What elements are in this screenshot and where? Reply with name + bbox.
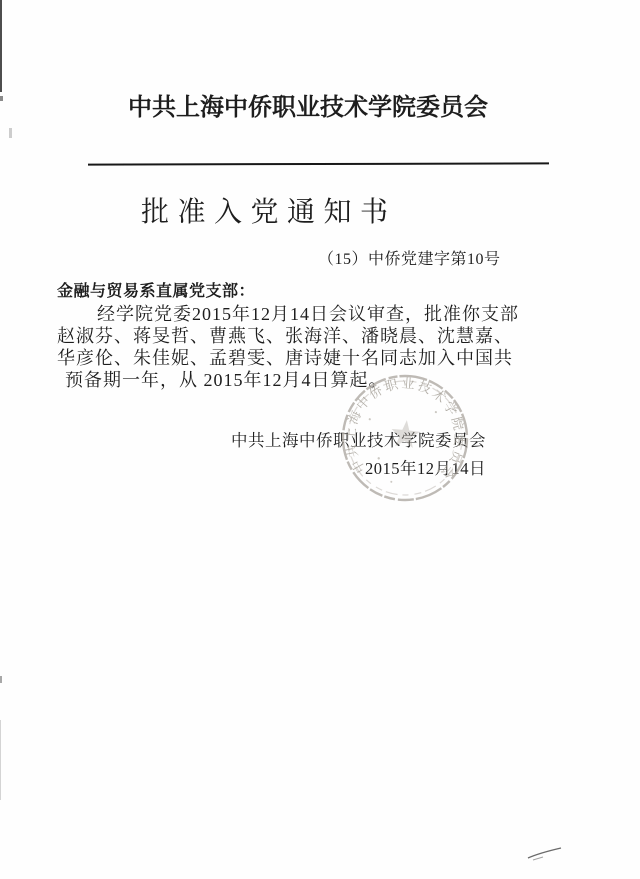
committee-letterhead-title: 中共上海中侨职业技术学院委员会 xyxy=(128,87,488,122)
recipient-line: 金融与贸易系直属党支部： xyxy=(57,281,577,303)
body-line: 华彦伦、朱佳妮、孟碧雯、唐诗婕十名同志加入中国共 xyxy=(57,347,577,369)
body-line: 预备期一年，从 2015年12月4日算起。 xyxy=(57,369,577,391)
scan-edge-line-top-left xyxy=(0,0,2,92)
document-reference-number: （15）中侨党建字第10号 xyxy=(318,246,501,269)
scan-speck xyxy=(0,96,3,101)
seal-speck xyxy=(435,411,437,413)
body-line: 经学院党委2015年12月14日会议审查，批准你支部 xyxy=(57,303,577,325)
scanned-document-page: 中共上海中侨职业技术学院委员会 批准入党通知书 （15）中侨党建字第10号 金融… xyxy=(0,0,640,879)
document-title: 批准入党通知书 xyxy=(141,190,397,230)
seal-speck xyxy=(369,418,371,420)
document-body: 金融与贸易系直属党支部： 经学院党委2015年12月14日会议审查，批准你支部 … xyxy=(57,281,577,391)
signature-committee-name: 中共上海中侨职业技术学院委员会 xyxy=(231,427,486,455)
signature-date: 2015年12月14日 xyxy=(231,455,486,483)
scan-edge-line-bottom-left xyxy=(0,720,1,800)
letterhead-divider-rule xyxy=(88,162,549,165)
pen-mark-artifact xyxy=(525,842,567,864)
signature-block: 中共上海中侨职业技术学院委员会 2015年12月14日 xyxy=(231,427,486,483)
scan-speck xyxy=(0,676,2,683)
scan-speck xyxy=(9,128,12,138)
body-line: 赵淑芬、蒋旻哲、曹燕飞、张海洋、潘晓晨、沈慧嘉、 xyxy=(57,325,577,347)
